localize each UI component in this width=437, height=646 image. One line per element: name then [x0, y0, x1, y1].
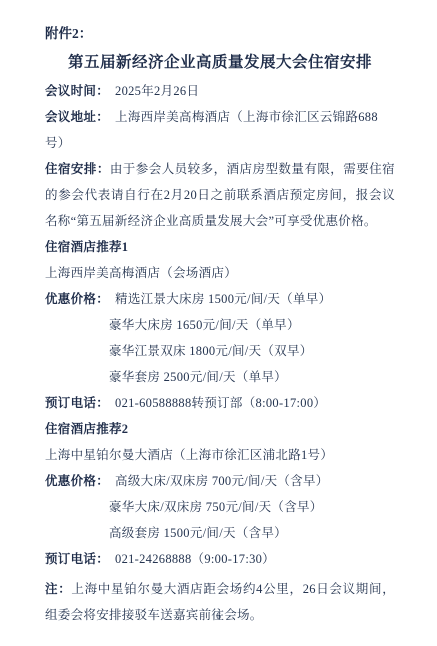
- hotel1-section-heading: 住宿酒店推荐1: [45, 234, 395, 260]
- hotel1-price-line-4: 豪华套房 2500元/间/天（单早）: [45, 364, 395, 390]
- hotel1-price-line-3: 豪华江景双床 1800元/间/天（双早）: [45, 338, 395, 364]
- hotel2-price-1: 高级大床/双床房 700元/间/天（含早）: [115, 474, 329, 488]
- hotel2-price-line-1: 优惠价格：高级大床/双床房 700元/间/天（含早）: [45, 468, 395, 494]
- hotel1-price-line-2: 豪华大床房 1650元/间/天（单早）: [45, 312, 395, 338]
- hotel1-phone-line: 预订电话：021-60588888转预订部（8:00-17:00）: [45, 390, 395, 416]
- meeting-time-value: 2025年2月26日: [115, 84, 199, 98]
- hotel1-price-label: 优惠价格：: [45, 292, 109, 306]
- hotel1-price-line-1: 优惠价格：精选江景大床房 1500元/间/天（单早）: [45, 286, 395, 312]
- hotel1-price-1: 精选江景大床房 1500元/间/天（单早）: [115, 292, 331, 306]
- page-number: 6: [0, 612, 437, 622]
- meeting-address-label: 会议地址：: [45, 110, 109, 124]
- hotel2-name: 上海中星铂尔曼大酒店（上海市徐汇区浦北路1号）: [45, 442, 395, 468]
- hotel2-phone-label: 预订电话：: [45, 552, 109, 566]
- hotel1-phone-label: 预订电话：: [45, 396, 109, 410]
- attachment-label: 附件2：: [45, 20, 395, 48]
- document-page: 附件2： 第五届新经济企业高质量发展大会住宿安排 会议时间：2025年2月26日…: [0, 0, 437, 646]
- accommodation-paragraph: 住宿安排：由于参会人员较多，酒店房型数量有限，需要住宿的参会代表请自行在2月20…: [45, 156, 395, 234]
- meeting-time-label: 会议时间：: [45, 84, 109, 98]
- hotel2-section-heading: 住宿酒店推荐2: [45, 416, 395, 442]
- hotel2-price-line-3: 高级套房 1500元/间/天（含早）: [45, 520, 395, 546]
- hotel2-phone-value: 021-24268888（9:00-17:30）: [115, 552, 275, 566]
- meeting-time-line: 会议时间：2025年2月26日: [45, 78, 395, 104]
- accommodation-label: 住宿安排：: [45, 162, 110, 176]
- hotel2-phone-line: 预订电话：021-24268888（9:00-17:30）: [45, 546, 395, 572]
- meeting-address-line: 会议地址：上海西岸美高梅酒店（上海市徐汇区云锦路688号）: [45, 104, 395, 156]
- hotel2-price-label: 优惠价格：: [45, 474, 109, 488]
- document-content: 附件2： 第五届新经济企业高质量发展大会住宿安排 会议时间：2025年2月26日…: [0, 0, 437, 628]
- note-label: 注：: [45, 582, 71, 596]
- hotel2-price-line-2: 豪华大床/双床房 750元/间/天（含早）: [45, 494, 395, 520]
- document-title: 第五届新经济企业高质量发展大会住宿安排: [45, 48, 395, 78]
- hotel1-name: 上海西岸美高梅酒店（会场酒店）: [45, 260, 395, 286]
- hotel1-phone-value: 021-60588888转预订部（8:00-17:00）: [115, 396, 326, 410]
